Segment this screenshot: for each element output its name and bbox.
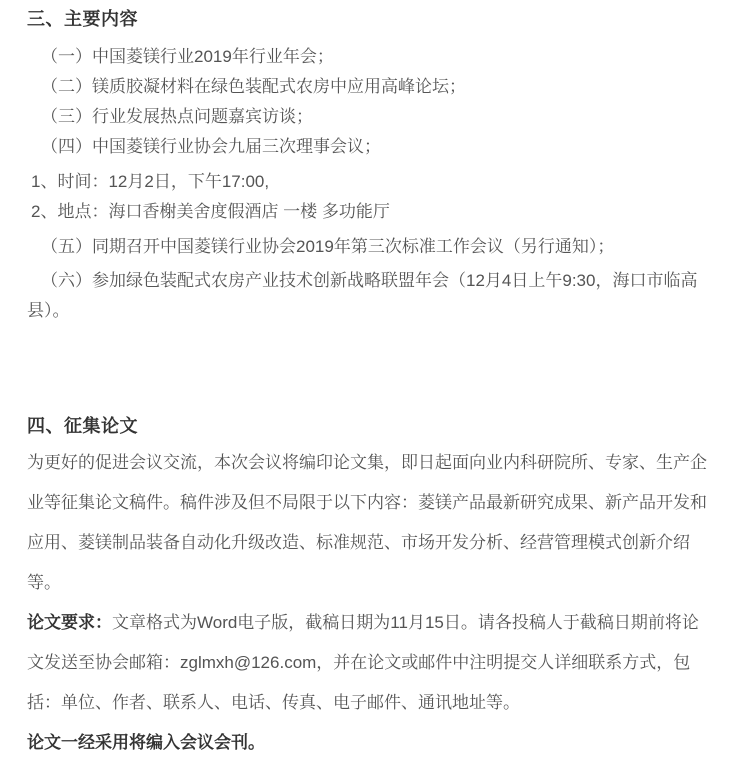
detail-item-location: 2、地点：海口香榭美舍度假酒店 一楼 多功能厅 <box>27 197 710 227</box>
requirements-label: 论文要求： <box>27 613 112 632</box>
list-item: （四）中国菱镁行业协会九届三次理事会议； <box>27 132 710 162</box>
section3-item-list: （一）中国菱镁行业2019年行业年会； （二）镁质胶凝材料在绿色装配式农房中应用… <box>27 42 710 162</box>
section3-item-list-continued: （五）同期召开中国菱镁行业协会2019年第三次标准工作会议（另行通知）； （六）… <box>27 232 710 326</box>
list-item: （一）中国菱镁行业2019年行业年会； <box>27 42 710 72</box>
section4-note: 论文一经采用将编入会议会刊。 <box>27 723 710 763</box>
section4-intro-paragraph: 为更好的促进会议交流，本次会议将编印论文集，即日起面向业内科研院所、专家、生产企… <box>27 443 710 603</box>
list-item: （六）参加绿色装配式农房产业技术创新战略联盟年会（12月4日上午9:30，海口市… <box>27 266 710 326</box>
section4-heading: 四、征集论文 <box>27 415 710 437</box>
section3-detail-list: 1、时间：12月2日，下午17:00, 2、地点：海口香榭美舍度假酒店 一楼 多… <box>27 167 710 227</box>
notice-document: 三、主要内容 （一）中国菱镁行业2019年行业年会； （二）镁质胶凝材料在绿色装… <box>0 0 736 770</box>
list-item: （五）同期召开中国菱镁行业协会2019年第三次标准工作会议（另行通知）； <box>27 232 710 262</box>
section4-requirements-paragraph: 论文要求：文章格式为Word电子版，截稿日期为11月15日。请各投稿人于截稿日期… <box>27 603 710 723</box>
section3-heading: 三、主要内容 <box>27 8 710 30</box>
detail-item-time: 1、时间：12月2日，下午17:00, <box>27 167 710 197</box>
requirements-text: 文章格式为Word电子版，截稿日期为11月15日。请各投稿人于截稿日期前将论文发… <box>27 613 699 712</box>
list-item: （二）镁质胶凝材料在绿色装配式农房中应用高峰论坛； <box>27 72 710 102</box>
list-item: （三）行业发展热点问题嘉宾访谈； <box>27 102 710 132</box>
